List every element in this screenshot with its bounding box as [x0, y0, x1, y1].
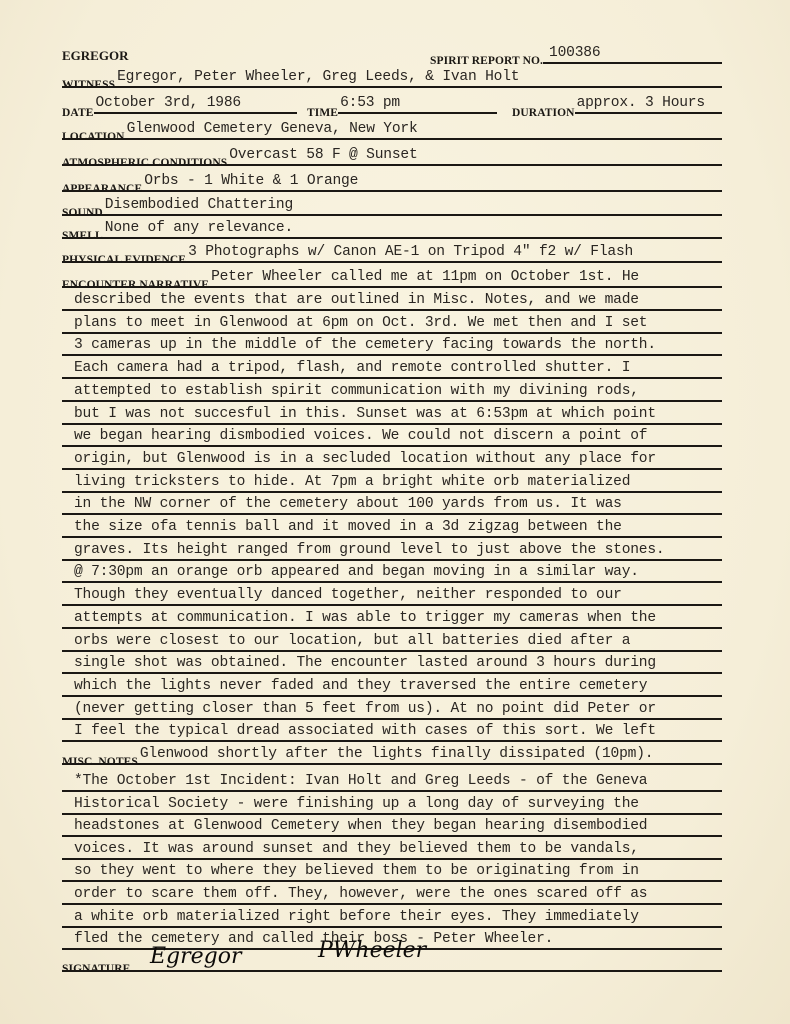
- smell-field: SMELL None of any relevance.: [62, 217, 722, 239]
- location-label: LOCATION: [62, 131, 125, 143]
- misc-notes-field: MISC. NOTES Glenwood shortly after the l…: [62, 743, 722, 765]
- narrative-line-row: we began hearing dismbodied voices. We c…: [62, 425, 722, 447]
- misc-notes-line-row: *The October 1st Incident: Ivan Holt and…: [62, 770, 722, 792]
- spirit-report-page: EGREGOR SPIRIT REPORT NO. 100386 WITNESS…: [0, 0, 790, 1024]
- narrative-line-row: in the NW corner of the cemetery about 1…: [62, 493, 722, 515]
- narrative-line-text: single shot was obtained. The encounter …: [62, 655, 656, 671]
- atmospheric-conditions-label: ATMOSPHERIC CONDITIONS: [62, 157, 227, 169]
- time-field: TIME 6:53 pm: [307, 92, 497, 114]
- duration-field: DURATION approx. 3 Hours: [512, 92, 722, 114]
- atmospheric-conditions-value: Overcast 58 F @ Sunset: [227, 147, 417, 163]
- narrative-line-row: but I was not succesful in this. Sunset …: [62, 403, 722, 425]
- misc-notes-line-row: order to scare them off. They, however, …: [62, 883, 722, 905]
- narrative-line-row: which the lights never faded and they tr…: [62, 675, 722, 697]
- misc-notes-line-text: fled the cemetery and called their boss …: [62, 931, 553, 947]
- narrative-line-text: orbs were closest to our location, but a…: [62, 633, 630, 649]
- physical-evidence-field: PHYSICAL EVIDENCE 3 Photographs w/ Canon…: [62, 241, 722, 263]
- narrative-line-text: 3 cameras up in the middle of the cemete…: [62, 337, 656, 353]
- narrative-line-row: described the events that are outlined i…: [62, 289, 722, 311]
- spirit-report-number-field: SPIRIT REPORT NO. 100386: [430, 42, 722, 64]
- narrative-line-row: Though they eventually danced together, …: [62, 584, 722, 606]
- narrative-line-text: (never getting closer than 5 feet from u…: [62, 701, 656, 717]
- narrative-line-text: @ 7:30pm an orange orb appeared and bega…: [62, 564, 639, 580]
- witness-field: WITNESS Egregor, Peter Wheeler, Greg Lee…: [62, 66, 722, 88]
- narrative-line-row: single shot was obtained. The encounter …: [62, 652, 722, 674]
- signature-peter-wheeler: PWheeler: [318, 938, 426, 963]
- appearance-value: Orbs - 1 White & 1 Orange: [142, 173, 358, 189]
- misc-notes-line-text: headstones at Glenwood Cemetery when the…: [62, 818, 647, 834]
- org-name: EGREGOR: [62, 48, 128, 64]
- signature-egregor: Egregor: [150, 944, 242, 969]
- physical-evidence-value: 3 Photographs w/ Canon AE-1 on Tripod 4"…: [186, 244, 633, 260]
- narrative-line-text: attempted to establish spirit communicat…: [62, 383, 639, 399]
- signature-label: SIGNATURE: [62, 963, 130, 975]
- misc-notes-first-line: Glenwood shortly after the lights finall…: [138, 746, 653, 762]
- date-time-duration-row: DATE October 3rd, 1986 TIME 6:53 pm DURA…: [62, 92, 722, 114]
- misc-notes-line-row: voices. It was around sunset and they be…: [62, 838, 722, 860]
- narrative-line-row: orbs were closest to our location, but a…: [62, 630, 722, 652]
- encounter-narrative-first-line: Peter Wheeler called me at 11pm on Octob…: [209, 269, 639, 285]
- physical-evidence-label: PHYSICAL EVIDENCE: [62, 254, 186, 266]
- narrative-line-text: described the events that are outlined i…: [62, 292, 639, 308]
- appearance-field: APPEARANCE Orbs - 1 White & 1 Orange: [62, 170, 722, 192]
- misc-notes-line-row: Historical Society - were finishing up a…: [62, 793, 722, 815]
- time-value: 6:53 pm: [338, 95, 400, 111]
- misc-notes-line-text: order to scare them off. They, however, …: [62, 886, 647, 902]
- misc-notes-line-text: *The October 1st Incident: Ivan Holt and…: [62, 773, 647, 789]
- narrative-line-row: I feel the typical dread associated with…: [62, 720, 722, 742]
- narrative-line-row: (never getting closer than 5 feet from u…: [62, 698, 722, 720]
- sound-value: Disembodied Chattering: [103, 197, 293, 213]
- date-field: DATE October 3rd, 1986: [62, 92, 297, 114]
- witness-value: Egregor, Peter Wheeler, Greg Leeds, & Iv…: [115, 69, 519, 85]
- misc-notes-label: MISC. NOTES: [62, 756, 138, 768]
- duration-value: approx. 3 Hours: [575, 95, 705, 111]
- narrative-line-text: graves. Its height ranged from ground le…: [62, 542, 664, 558]
- spirit-report-number: 100386: [543, 45, 600, 61]
- narrative-line-row: living tricksters to hide. At 7pm a brig…: [62, 471, 722, 493]
- misc-notes-line-text: so they went to where they believed them…: [62, 863, 639, 879]
- narrative-line-text: in the NW corner of the cemetery about 1…: [62, 496, 622, 512]
- misc-notes-line-row: a white orb materialized right before th…: [62, 906, 722, 928]
- narrative-line-text: attempts at communication. I was able to…: [62, 610, 656, 626]
- narrative-line-text: living tricksters to hide. At 7pm a brig…: [62, 474, 630, 490]
- location-value: Glenwood Cemetery Geneva, New York: [125, 121, 418, 137]
- misc-notes-line-row: headstones at Glenwood Cemetery when the…: [62, 815, 722, 837]
- narrative-line-text: the size ofa tennis ball and it moved in…: [62, 519, 622, 535]
- narrative-line-text: Though they eventually danced together, …: [62, 587, 622, 603]
- narrative-line-text: we began hearing dismbodied voices. We c…: [62, 428, 647, 444]
- misc-notes-line-text: a white orb materialized right before th…: [62, 909, 639, 925]
- date-value: October 3rd, 1986: [94, 95, 241, 111]
- narrative-line-row: @ 7:30pm an orange orb appeared and bega…: [62, 561, 722, 583]
- narrative-line-row: plans to meet in Glenwood at 6pm on Oct.…: [62, 312, 722, 334]
- encounter-narrative-field: ENCOUNTER NARRATIVE Peter Wheeler called…: [62, 266, 722, 288]
- narrative-line-text: origin, but Glenwood is in a secluded lo…: [62, 451, 656, 467]
- misc-notes-line-text: Historical Society - were finishing up a…: [62, 796, 639, 812]
- narrative-line-row: Each camera had a tripod, flash, and rem…: [62, 357, 722, 379]
- narrative-line-text: which the lights never faded and they tr…: [62, 678, 647, 694]
- atmospheric-conditions-field: ATMOSPHERIC CONDITIONS Overcast 58 F @ S…: [62, 144, 722, 166]
- narrative-line-row: 3 cameras up in the middle of the cemete…: [62, 334, 722, 356]
- narrative-line-text: but I was not succesful in this. Sunset …: [62, 406, 656, 422]
- narrative-line-text: I feel the typical dread associated with…: [62, 723, 656, 739]
- misc-notes-line-text: voices. It was around sunset and they be…: [62, 841, 639, 857]
- narrative-line-row: origin, but Glenwood is in a secluded lo…: [62, 448, 722, 470]
- misc-notes-line-row: so they went to where they believed them…: [62, 860, 722, 882]
- location-field: LOCATION Glenwood Cemetery Geneva, New Y…: [62, 118, 722, 140]
- narrative-line-text: Each camera had a tripod, flash, and rem…: [62, 360, 630, 376]
- narrative-line-text: plans to meet in Glenwood at 6pm on Oct.…: [62, 315, 647, 331]
- narrative-line-row: graves. Its height ranged from ground le…: [62, 539, 722, 561]
- narrative-line-row: attempted to establish spirit communicat…: [62, 380, 722, 402]
- smell-value: None of any relevance.: [103, 220, 293, 236]
- sound-field: SOUND Disembodied Chattering: [62, 194, 722, 216]
- narrative-line-row: the size ofa tennis ball and it moved in…: [62, 516, 722, 538]
- narrative-line-row: attempts at communication. I was able to…: [62, 607, 722, 629]
